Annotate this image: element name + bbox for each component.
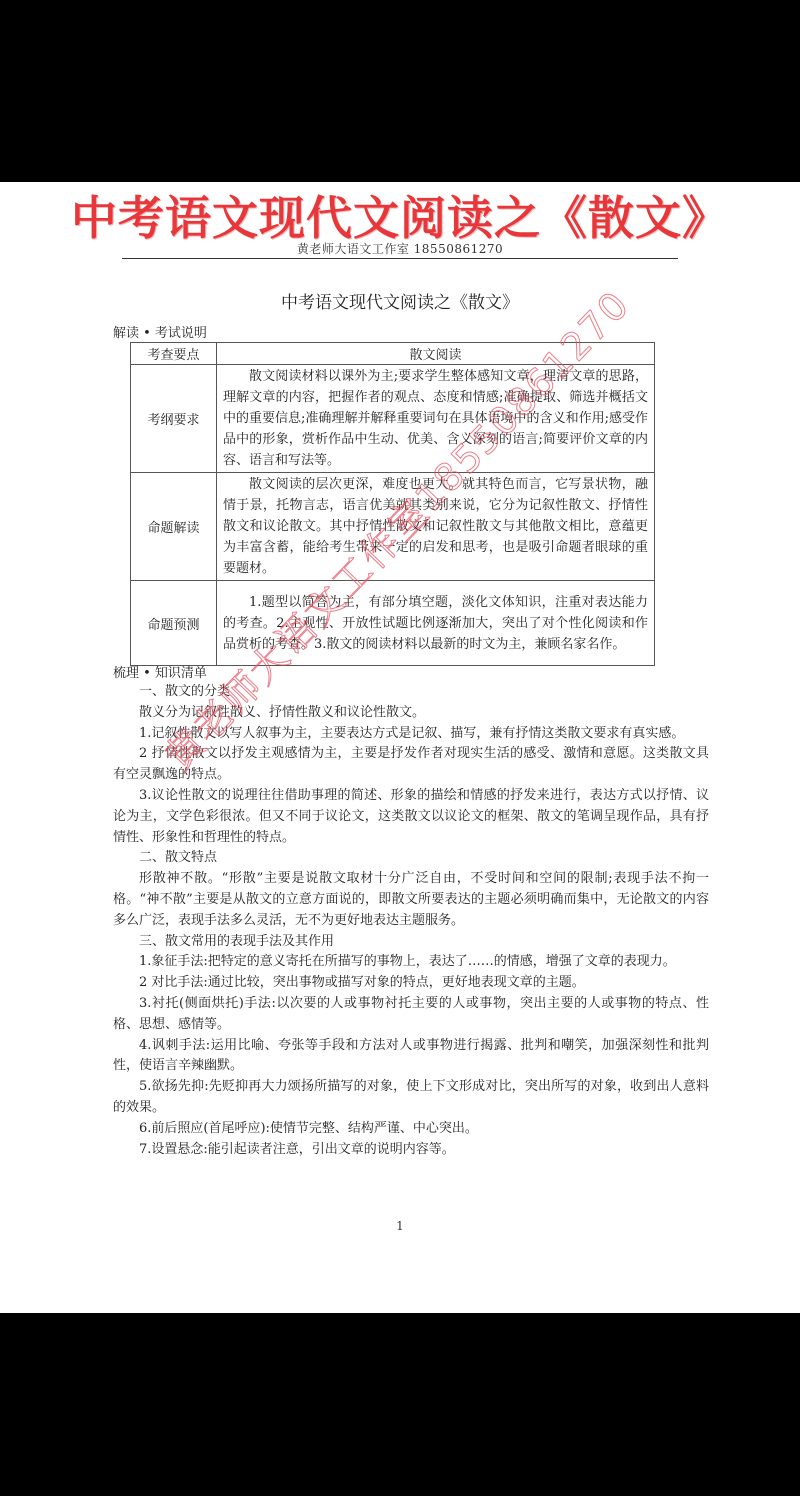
table-row-key: 命题预测 xyxy=(131,581,217,666)
section-label-exam-notes: 解读 • 考试说明 xyxy=(113,322,207,341)
banner-subtitle: 黄老师大语文工作室 18550861270 xyxy=(0,240,800,257)
paragraph: 散义分为记叙性散义、抒情性散义和议论性散文。 xyxy=(113,703,709,724)
table-row: 考纲要求 散文阅读材料以课外为主;要求学生整体感知文章，理清文章的思路，理解文章… xyxy=(131,365,655,473)
paragraph: 1.记叙性散文以写人叙事为主，主要表达方式是记叙、描写，兼有抒情这类散文要求有真… xyxy=(113,724,709,745)
banner-divider xyxy=(122,258,678,259)
paragraph: 形散神不散。“形散”主要是说散文取材十分广泛自由，不受时间和空间的限制;表现手法… xyxy=(113,869,709,931)
heading-classification: 一、散文的分类 xyxy=(113,682,709,703)
banner-title: 中考语文现代文阅读之《散文》 xyxy=(0,188,800,248)
document-page: 中考语文现代文阅读之《散文》 黄老师大语文工作室 18550861270 中考语… xyxy=(0,182,800,1313)
heading-features: 二、散文特点 xyxy=(113,848,709,869)
paragraph: 2 对比手法:通过比较，突出事物或描写对象的特点，更好地表现文章的主题。 xyxy=(113,973,709,994)
paragraph: 3.衬托(侧面烘托)手法:以次要的人或事物衬托主要的人或事物，突出主要的人或事物… xyxy=(113,994,709,1036)
page-number: 1 xyxy=(0,1219,800,1233)
table-row-value: 散文阅读的层次更深，难度也更大。就其特色而言，它写景状物，融情于景，托物言志，语… xyxy=(217,473,655,581)
table-row-key: 命题解读 xyxy=(131,473,217,581)
paragraph: 6.前后照应(首尾呼应):使情节完整、结构严谨、中心突出。 xyxy=(113,1119,709,1140)
table-row-value: 散文阅读材料以课外为主;要求学生整体感知文章，理清文章的思路，理解文章的内容，把… xyxy=(217,365,655,473)
document-title: 中考语文现代文阅读之《散文》 xyxy=(0,288,800,313)
paragraph: 5.欲扬先抑:先贬抑再大力颂扬所描写的对象，使上下文形成对比，突出所写的对象，收… xyxy=(113,1077,709,1119)
table-header-key: 考查要点 xyxy=(131,343,217,365)
table-row-key: 考纲要求 xyxy=(131,365,217,473)
document-body: 一、散文的分类 散义分为记叙性散义、抒情性散义和议论性散文。 1.记叙性散文以写… xyxy=(113,682,709,1160)
paragraph: 2 抒情性散文以抒发主观感情为主，主要是抒发作者对现实生活的感受、激情和意愿。这… xyxy=(113,744,709,786)
table-row: 命题解读 散文阅读的层次更深，难度也更大。就其特色而言，它写景状物，融情于景，托… xyxy=(131,473,655,581)
table-row-value: 1.题型以简答为主，有部分填空题，淡化文体知识，注重对表达能力的考查。2.主观性… xyxy=(217,581,655,666)
paragraph: 3.议论性散文的说理往往借助事理的简述、形象的描绘和情感的抒发来进行，表达方式以… xyxy=(113,786,709,848)
heading-techniques: 三、散文常用的表现手法及其作用 xyxy=(113,932,709,953)
exam-requirements-table: 考查要点 散文阅读 考纲要求 散文阅读材料以课外为主;要求学生整体感知文章，理清… xyxy=(130,342,655,666)
section-label-knowledge-list: 梳理 • 知识清单 xyxy=(113,662,207,681)
paragraph: 1.象征手法:把特定的意义寄托在所描写的事物上，表达了……的情感，增强了文章的表… xyxy=(113,952,709,973)
table-header-row: 考查要点 散文阅读 xyxy=(131,343,655,365)
table-row: 命题预测 1.题型以简答为主，有部分填空题，淡化文体知识，注重对表达能力的考查。… xyxy=(131,581,655,666)
table-header-value: 散文阅读 xyxy=(217,343,655,365)
paragraph: 4.讽刺手法:运用比喻、夸张等手段和方法对人或事物进行揭露、批判和嘲笑，加强深刻… xyxy=(113,1036,709,1078)
paragraph: 7.设置悬念:能引起读者注意，引出文章的说明内容等。 xyxy=(113,1140,709,1161)
